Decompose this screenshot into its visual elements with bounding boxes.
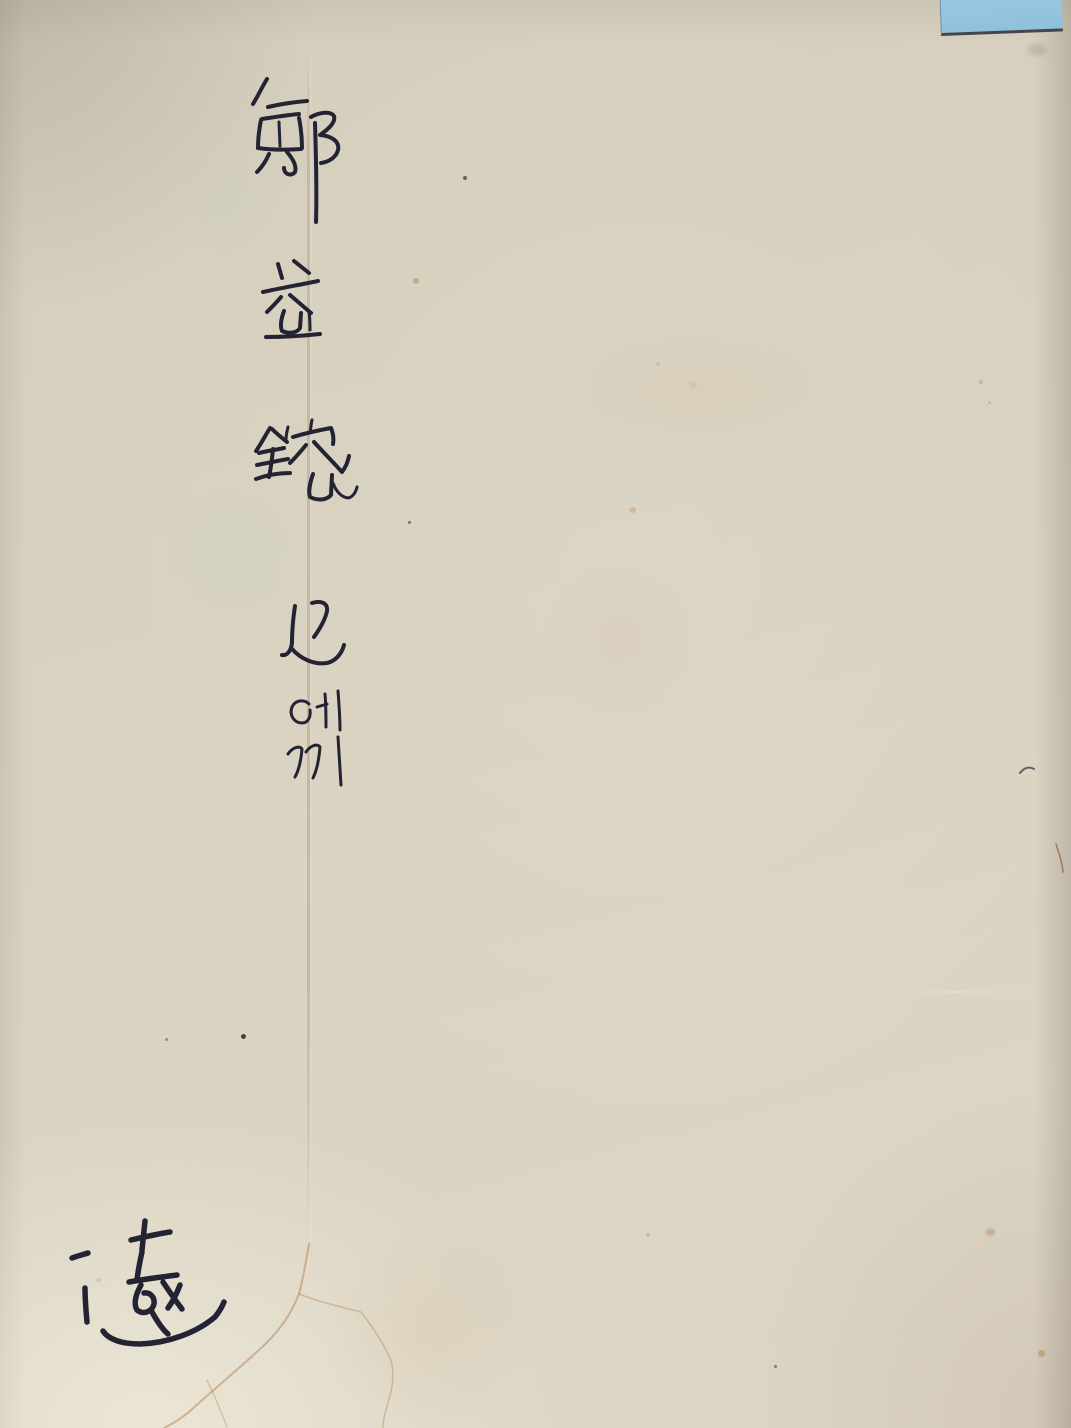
endpaper-photo bbox=[0, 0, 1071, 1428]
hanja-char-hyeong bbox=[282, 602, 344, 664]
scratch-mark bbox=[1056, 844, 1063, 872]
hanja-char-jeong bbox=[253, 79, 338, 222]
water-stain-line bbox=[299, 1294, 393, 1428]
hanja-char-yong bbox=[256, 420, 357, 499]
hair-fiber bbox=[1020, 768, 1034, 773]
stain-group bbox=[164, 1244, 393, 1428]
signature-char-won bbox=[72, 1221, 224, 1344]
sticky-note bbox=[939, 0, 1063, 36]
smudge-mark bbox=[1028, 44, 1046, 56]
hangul-char-kke bbox=[288, 737, 341, 785]
dedication-column bbox=[253, 79, 357, 785]
hangul-char-e bbox=[291, 691, 340, 730]
hanja-char-ik bbox=[263, 261, 320, 337]
handwriting-svg bbox=[0, 0, 1071, 1428]
